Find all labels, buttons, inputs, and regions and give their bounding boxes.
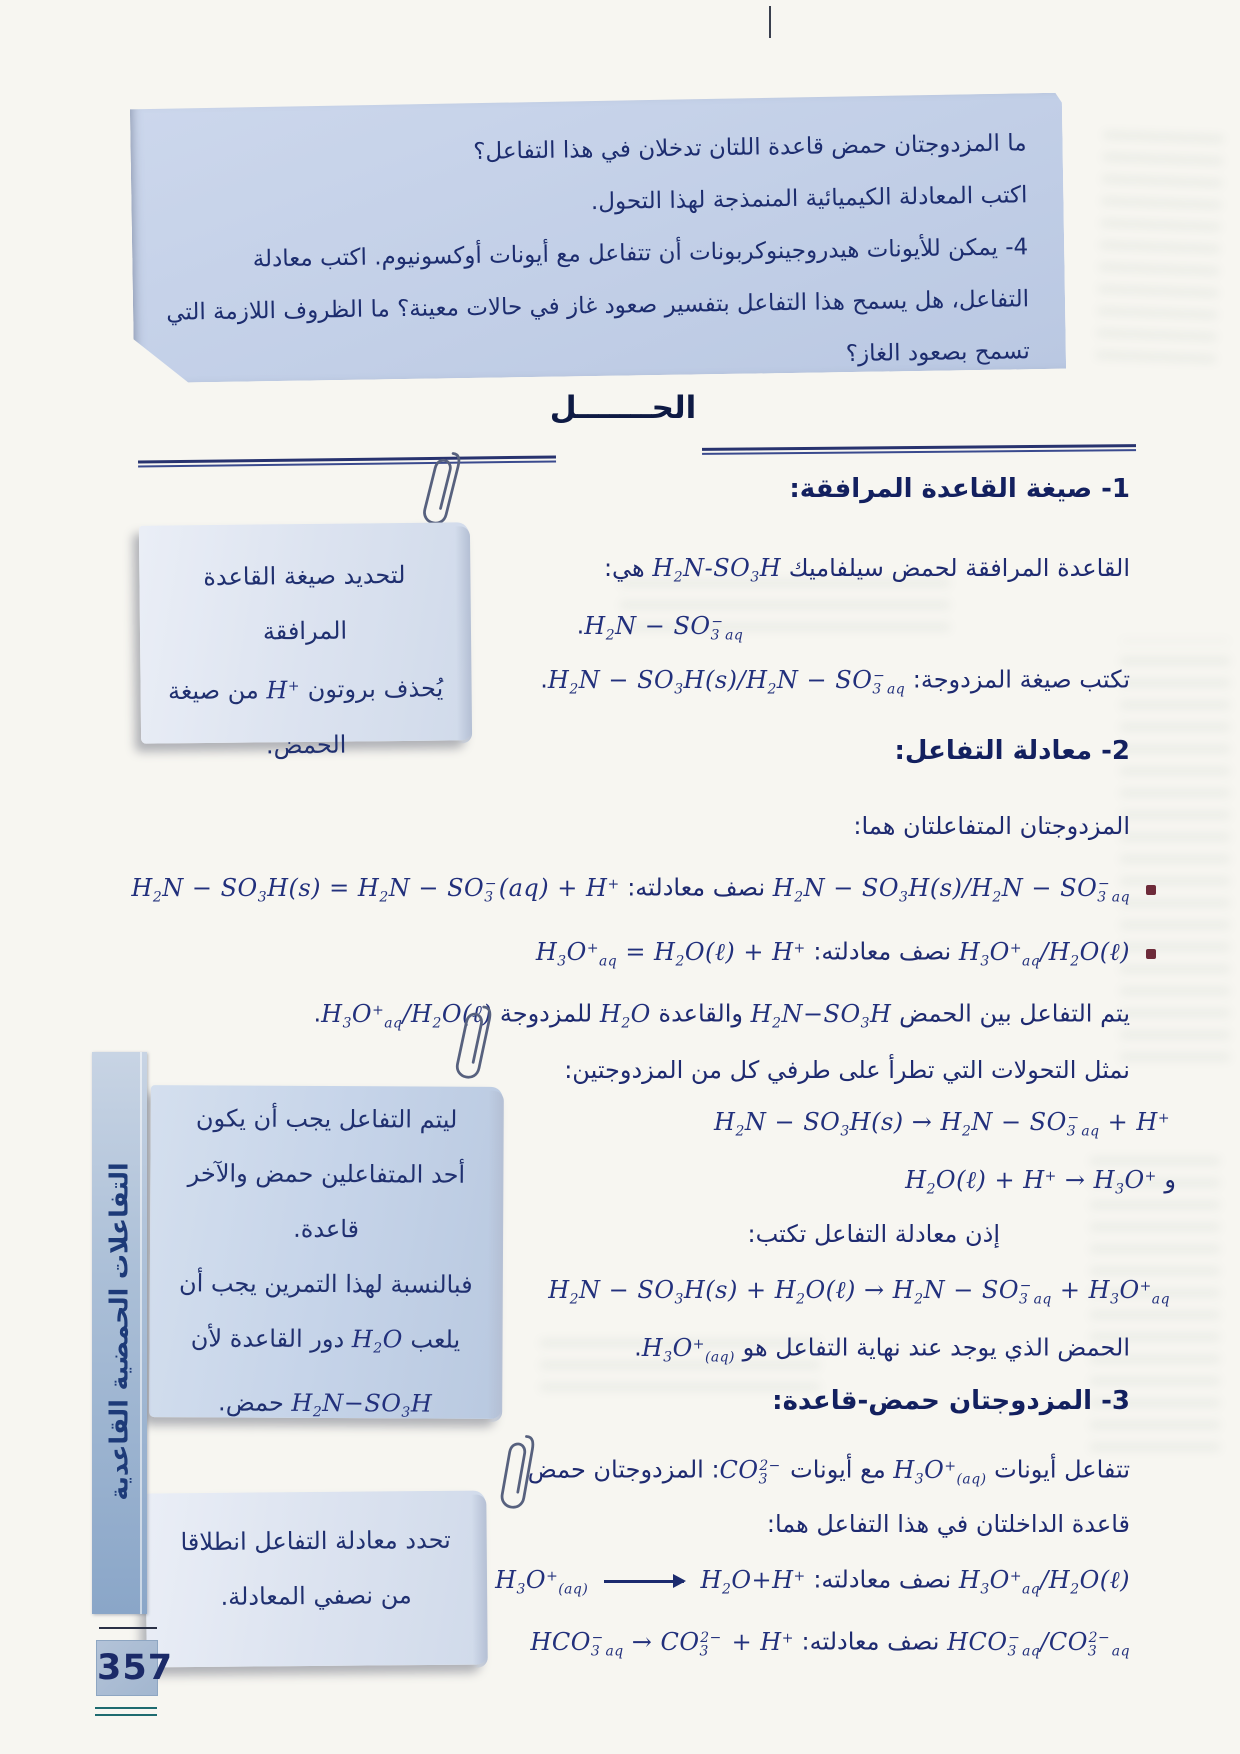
scan-mark (769, 6, 771, 38)
section-3-intro-line-2: قاعدة الداخلتان في هذا التفاعل هما: (767, 1504, 1130, 1544)
bleed-through-artifact (1120, 640, 1230, 1060)
conjugate-base-formula: H2N − SO3−aq. (470, 602, 850, 655)
equation-water-protonation: و H2O(ℓ) + H+ → H3O+ (905, 1156, 1176, 1209)
thus-equation-text: إذن معادلة التفاعل تكتب: (748, 1214, 1000, 1254)
section-3-intro-line-1: تتفاعل أيونات H3O+(aq) مع أيونات CO32−: … (528, 1446, 1130, 1499)
margin-note-text: لتحديد صيغة القاعدة المرافقةيُحذف بروتون… (139, 522, 472, 774)
half-equation-bullet-1: H2N − SO3H(s)/H2N − SO3−aq نصف معادلته: … (131, 864, 1156, 917)
section-1-heading: 1- صيغة القاعدة المرافقة: (789, 474, 1130, 504)
section-2-heading: 2- معادلة التفاعل: (894, 736, 1130, 766)
bullet-icon (1146, 885, 1156, 895)
margin-note-conjugate-base: لتحديد صيغة القاعدة المرافقةيُحذف بروتون… (139, 522, 471, 743)
section-3-heading: 3- المزدوجتان حمض-قاعدة: (772, 1386, 1130, 1416)
margin-note-acid-base-roles: ليتم التفاعل يجب أن يكونأحد المتفاعلين ح… (149, 1085, 503, 1419)
equation-acid-dissociation: H2N − SO3H(s) → H2N − SO3−aq + H+ (730, 1098, 1170, 1151)
half-equation-1: H2N − SO3H(s)/H2N − SO3−aq نصف معادلته: … (131, 864, 1130, 917)
textbook-page: ما المزدوجتان حمض قاعدة اللتان تدخلان في… (0, 0, 1240, 1754)
margin-note-text: تحدد معادلة التفاعل انطلاقامن نصفي المعا… (145, 1491, 486, 1626)
sidebar-divider (99, 1627, 157, 1629)
half-equation-bullet-2: H3O+aq/H2O(ℓ) نصف معادلته: H3O+aq = H2O(… (536, 928, 1156, 981)
reaction-between-text: يتم التفاعل بين الحمض H2N−SO3H والقاعدة … (313, 990, 1130, 1043)
bleed-through-artifact (1096, 118, 1224, 362)
solution-header: الحـــــــل (548, 390, 698, 426)
chapter-title-vertical: التفاعلات الحمضية القاعدية (92, 1052, 147, 1612)
margin-note-equation-from-halves: تحدد معادلة التفاعل انطلاقامن نصفي المعا… (145, 1491, 487, 1668)
half-equation-2: H3O+aq/H2O(ℓ) نصف معادلته: H3O+aq = H2O(… (536, 928, 1130, 981)
header-rule-left (138, 455, 556, 463)
section-2-intro: المزدوجتان المتفاعلتان هما: (853, 806, 1130, 846)
margin-note-text: ليتم التفاعل يجب أن يكونأحد المتفاعلين ح… (149, 1085, 503, 1441)
acid-at-end-text: الحمض الذي يوجد عند نهاية التفاعل هو H3O… (634, 1324, 1130, 1377)
represent-transformations-text: نمثل التحولات التي تطرأ على طرفي كل من ا… (564, 1050, 1130, 1090)
carbonate-couple-half-equation: HCO3−aq/CO32−aq نصف معادلته: HCO3−aq → C… (530, 1618, 1130, 1671)
oxonium-couple-half-equation: H3O+aq/H2O(ℓ) نصف معادلته: H3O+(aq) H2O+… (495, 1556, 1130, 1609)
question-box: ما المزدوجتان حمض قاعدة اللتان تدخلان في… (130, 93, 1066, 384)
couple-notation-line: تكتب صيغة المزدوجة: H2N − SO3H(s)/H2N − … (540, 656, 1130, 709)
section-1-intro: القاعدة المرافقة لحمض سيلفاميك H2N-SO3H … (604, 548, 1130, 597)
header-rule-right (702, 444, 1136, 450)
page-number: 357 (96, 1640, 158, 1696)
page-number-underline (95, 1707, 157, 1716)
overall-reaction-equation: H2N − SO3H(s) + H2O(ℓ) → H2N − SO3−aq + … (580, 1266, 1170, 1319)
bullet-icon (1146, 949, 1156, 959)
